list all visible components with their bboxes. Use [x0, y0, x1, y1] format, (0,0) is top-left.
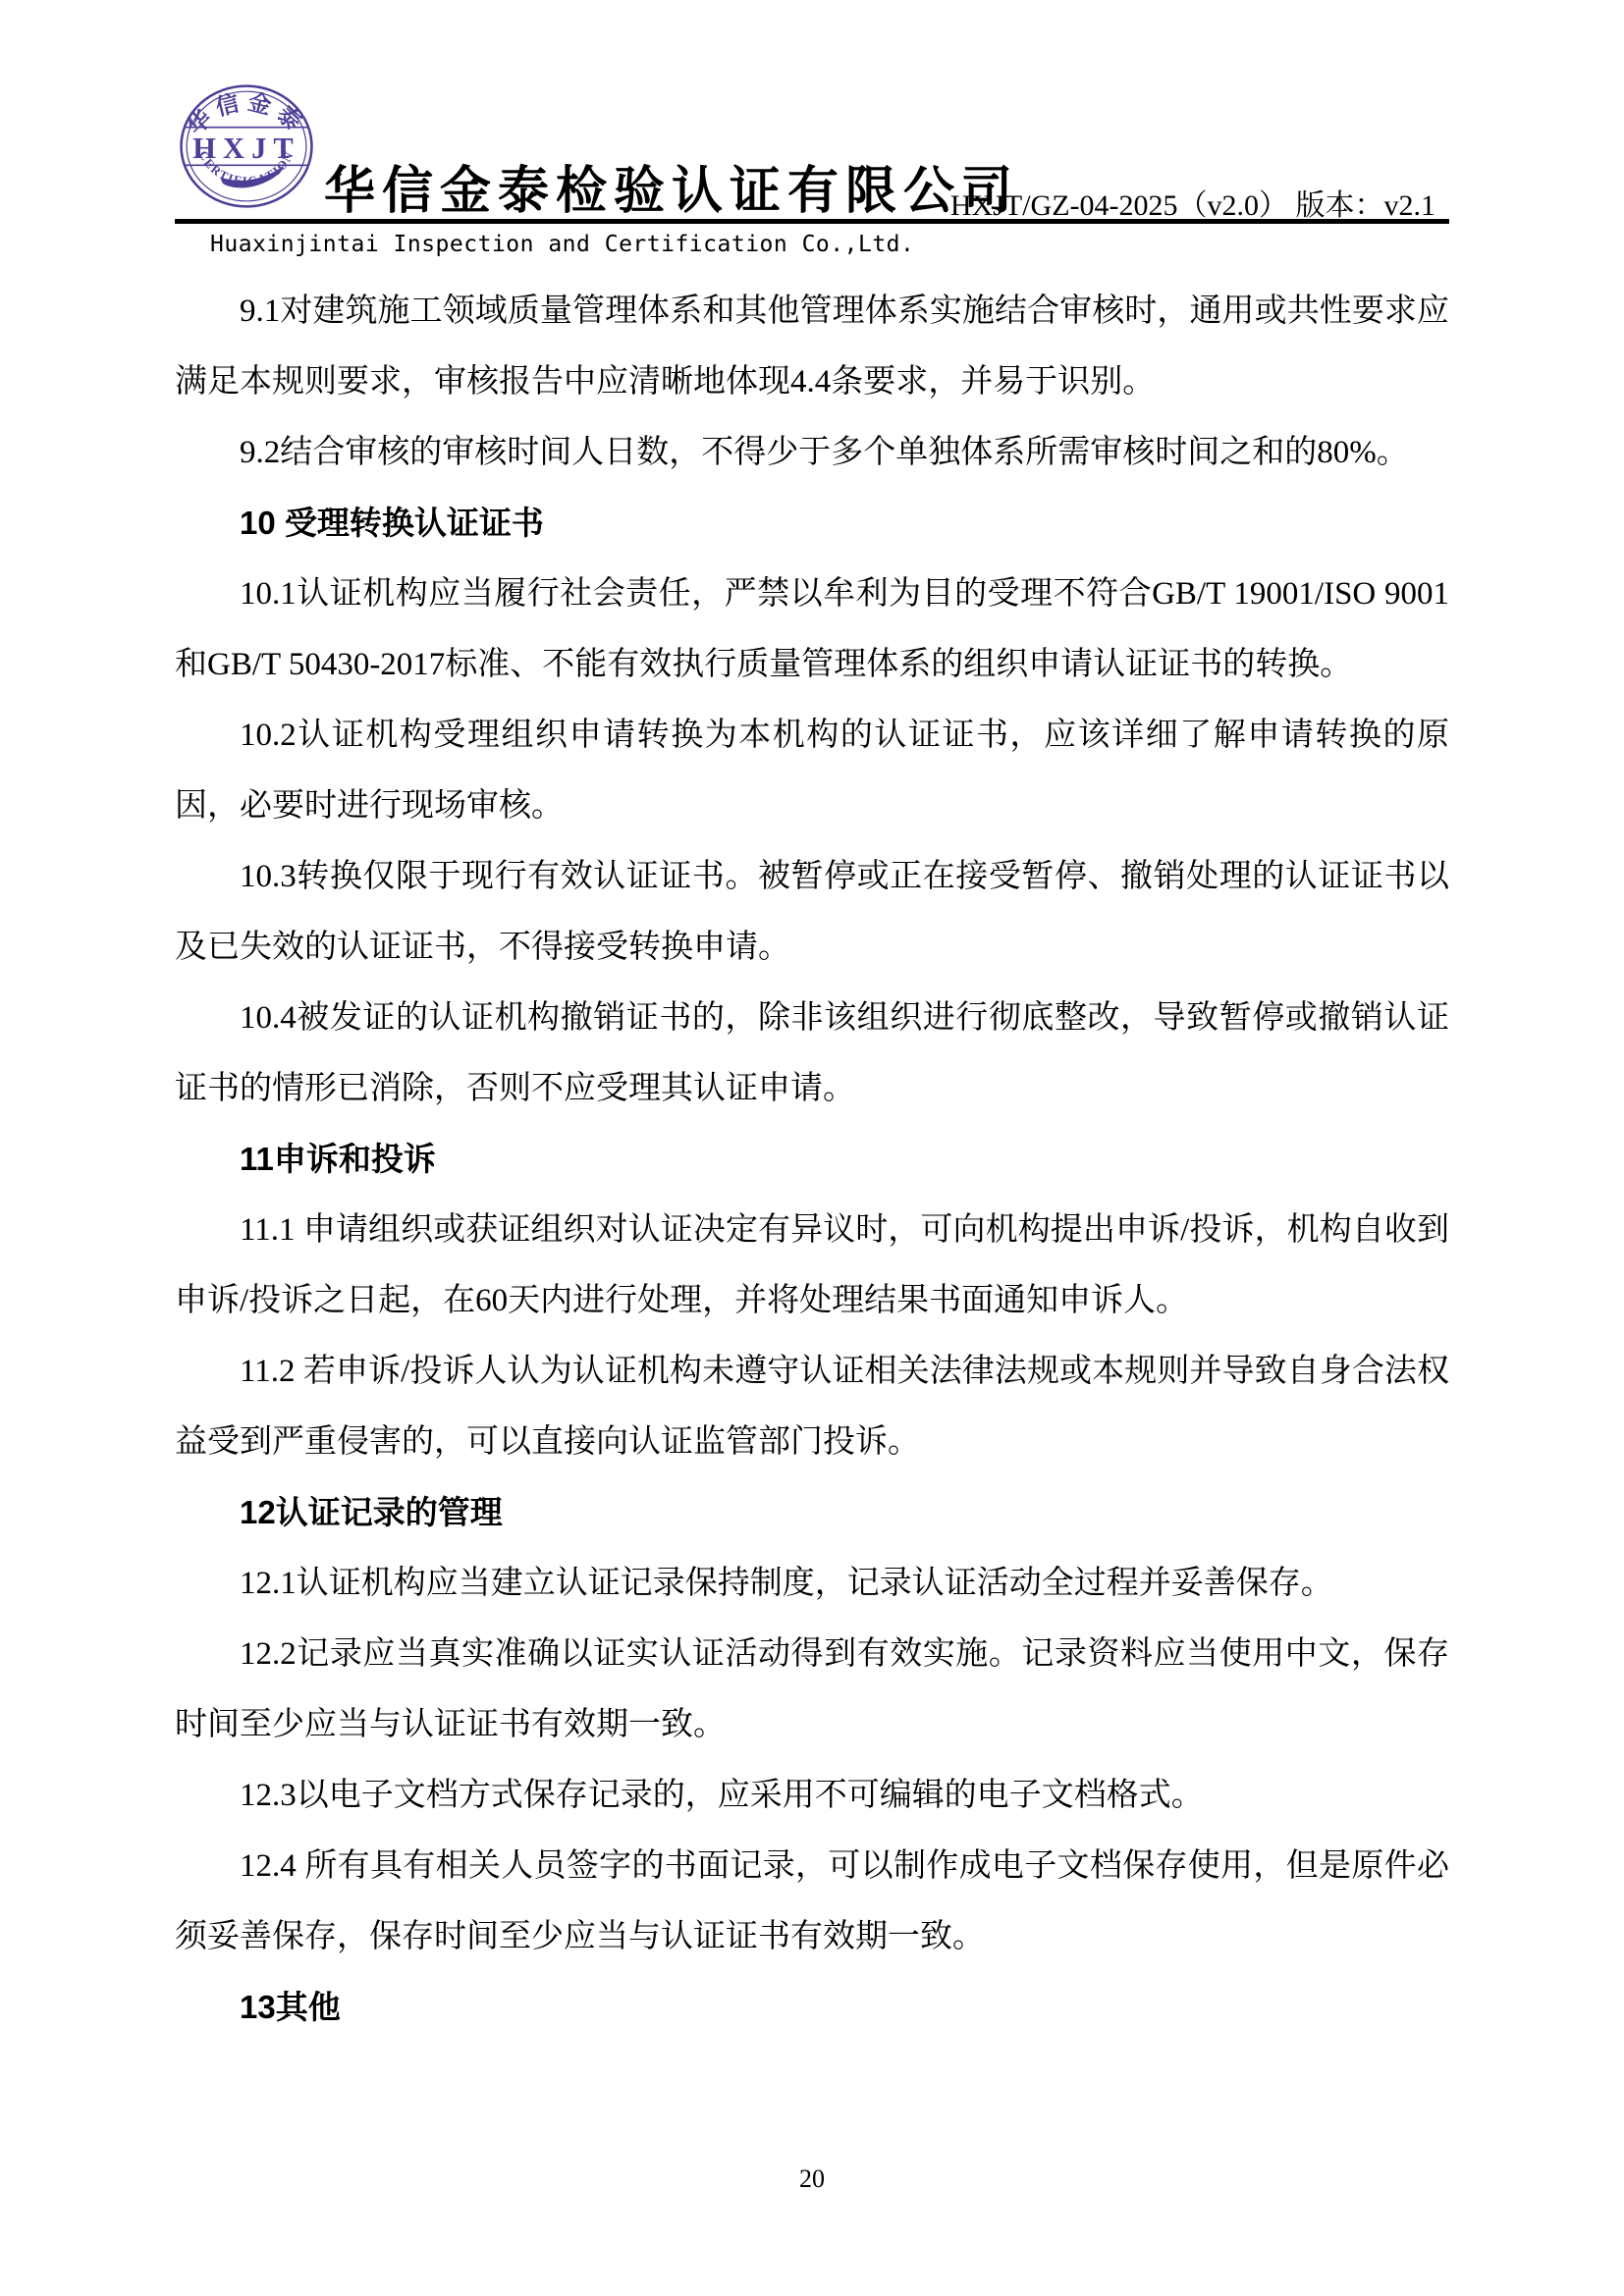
paragraph: 12.2记录应当真实准确以证实认证活动得到有效实施。记录资料应当使用中文，保存时…	[175, 1619, 1449, 1760]
document-code: HXJT/GZ-04-2025（v2.0） 版本：v2.1	[950, 181, 1435, 224]
paragraph: 12.3以电子文档方式保存记录的，应采用不可编辑的电子文档格式。	[175, 1760, 1449, 1831]
hxjt-seal-icon: 华信金泰 HXJT CERTIFICATION	[179, 82, 314, 210]
paragraph: 10.2认证机构受理组织申请转换为本机构的认证证书，应该详细了解申请转换的原因，…	[175, 700, 1449, 841]
header-divider	[175, 219, 1449, 224]
company-name-cn: 华信金泰检验认证有限公司	[324, 149, 1019, 223]
company-name-en: Huaxinjintai Inspection and Certificatio…	[210, 232, 914, 257]
paragraph: 12.4 所有具有相关人员签字的书面记录，可以制作成电子文档保存使用，但是原件必…	[175, 1831, 1449, 1972]
document-body: 9.1对建筑施工领域质量管理体系和其他管理体系实施结合审核时，通用或共性要求应满…	[175, 276, 1449, 2043]
paragraph: 12.1认证机构应当建立认证记录保持制度，记录认证活动全过程并妥善保存。	[175, 1548, 1449, 1619]
section-heading: 11申诉和投诉	[175, 1124, 1449, 1195]
document-page: 华信金泰 HXJT CERTIFICATION 华信金泰检验认证有限公司 HXJ…	[0, 0, 1624, 2296]
company-seal-logo: 华信金泰 HXJT CERTIFICATION	[179, 82, 314, 210]
section-heading: 12认证记录的管理	[175, 1477, 1449, 1548]
section-heading: 13其他	[175, 1972, 1449, 2043]
paragraph: 11.2 若申诉/投诉人认为认证机构未遵守认证相关法律法规或本规则并导致自身合法…	[175, 1336, 1449, 1477]
paragraph: 11.1 申请组织或获证组织对认证决定有异议时，可向机构提出申诉/投诉，机构自收…	[175, 1195, 1449, 1336]
paragraph: 9.1对建筑施工领域质量管理体系和其他管理体系实施结合审核时，通用或共性要求应满…	[175, 276, 1449, 417]
paragraph: 10.1认证机构应当履行社会责任，严禁以牟利为目的受理不符合GB/T 19001…	[175, 559, 1449, 700]
paragraph: 9.2结合审核的审核时间人日数，不得少于多个单独体系所需审核时间之和的80%。	[175, 417, 1449, 488]
section-heading: 10 受理转换认证证书	[175, 488, 1449, 559]
paragraph: 10.3转换仅限于现行有效认证证书。被暂停或正在接受暂停、撤销处理的认证证书以及…	[175, 841, 1449, 983]
page-number: 20	[0, 2164, 1624, 2194]
paragraph: 10.4被发证的认证机构撤销证书的，除非该组织进行彻底整改，导致暂停或撤销认证证…	[175, 983, 1449, 1124]
